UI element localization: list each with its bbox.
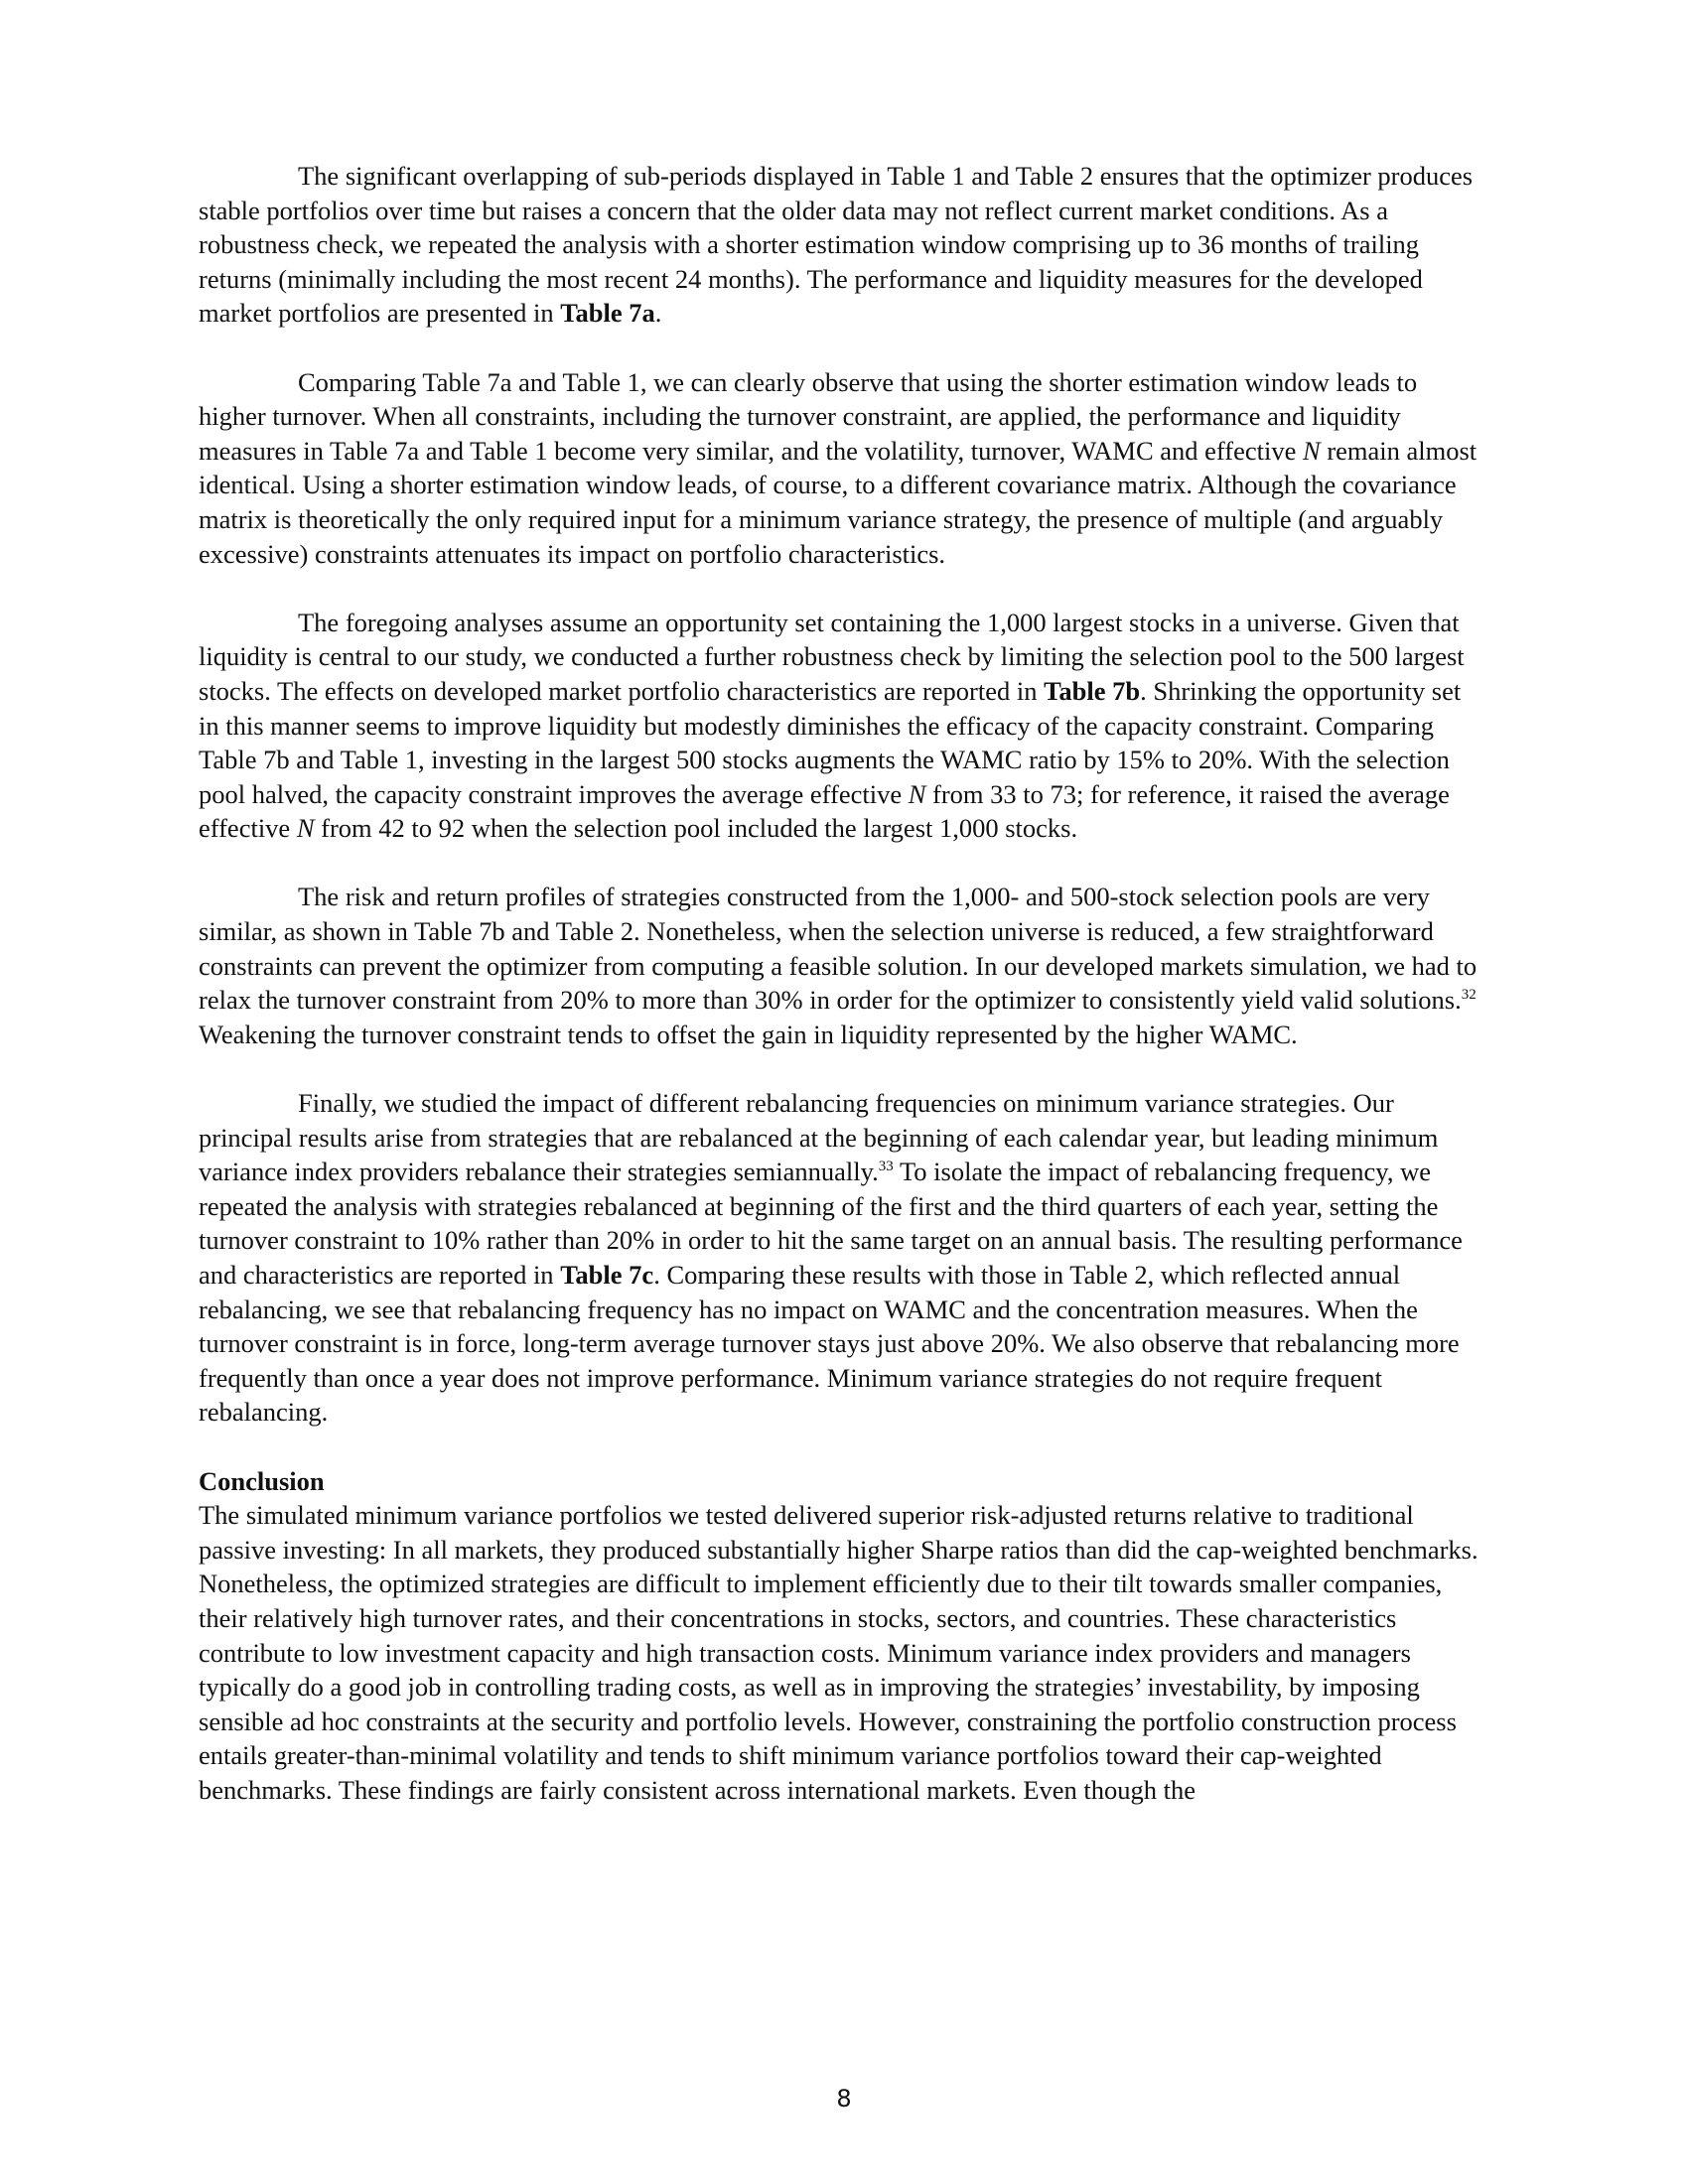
paragraph-selection-pool-500: The foregoing analyses assume an opportu… [199, 606, 1484, 846]
italic-variable: N [909, 779, 926, 809]
paragraph-robustness-estimation-window: The significant overlapping of sub-perio… [199, 159, 1484, 331]
paragraph-table-7a-comparison: Comparing Table 7a and Table 1, we can c… [199, 365, 1484, 572]
footnote-marker: 33 [879, 1159, 894, 1174]
table-reference: Table 7b [1044, 676, 1140, 706]
conclusion-paragraph: The simulated minimum variance portfolio… [199, 1498, 1484, 1807]
table-reference: Table 7a [560, 298, 654, 328]
footnote-marker: 32 [1462, 987, 1477, 1003]
conclusion-section: Conclusion The simulated minimum varianc… [199, 1464, 1484, 1808]
page-number: 8 [0, 2085, 1688, 2113]
text-run: The significant overlapping of sub-perio… [199, 161, 1473, 328]
text-run: Comparing Table 7a and Table 1, we can c… [199, 367, 1417, 466]
paragraph-rebalancing-frequency: Finally, we studied the impact of differ… [199, 1086, 1484, 1430]
text-run: . [655, 298, 662, 328]
paragraph-risk-return-profiles: The risk and return profiles of strategi… [199, 880, 1484, 1051]
table-reference: Table 7c [560, 1260, 653, 1290]
italic-variable: N [297, 813, 315, 843]
text-run: Weakening the turnover constraint tends … [199, 1020, 1298, 1049]
document-body: The significant overlapping of sub-perio… [199, 159, 1484, 1808]
text-run: from 42 to 92 when the selection pool in… [315, 813, 1078, 843]
text-run: The risk and return profiles of strategi… [199, 882, 1477, 1015]
italic-variable: N [1303, 436, 1321, 466]
conclusion-heading: Conclusion [199, 1464, 1484, 1499]
